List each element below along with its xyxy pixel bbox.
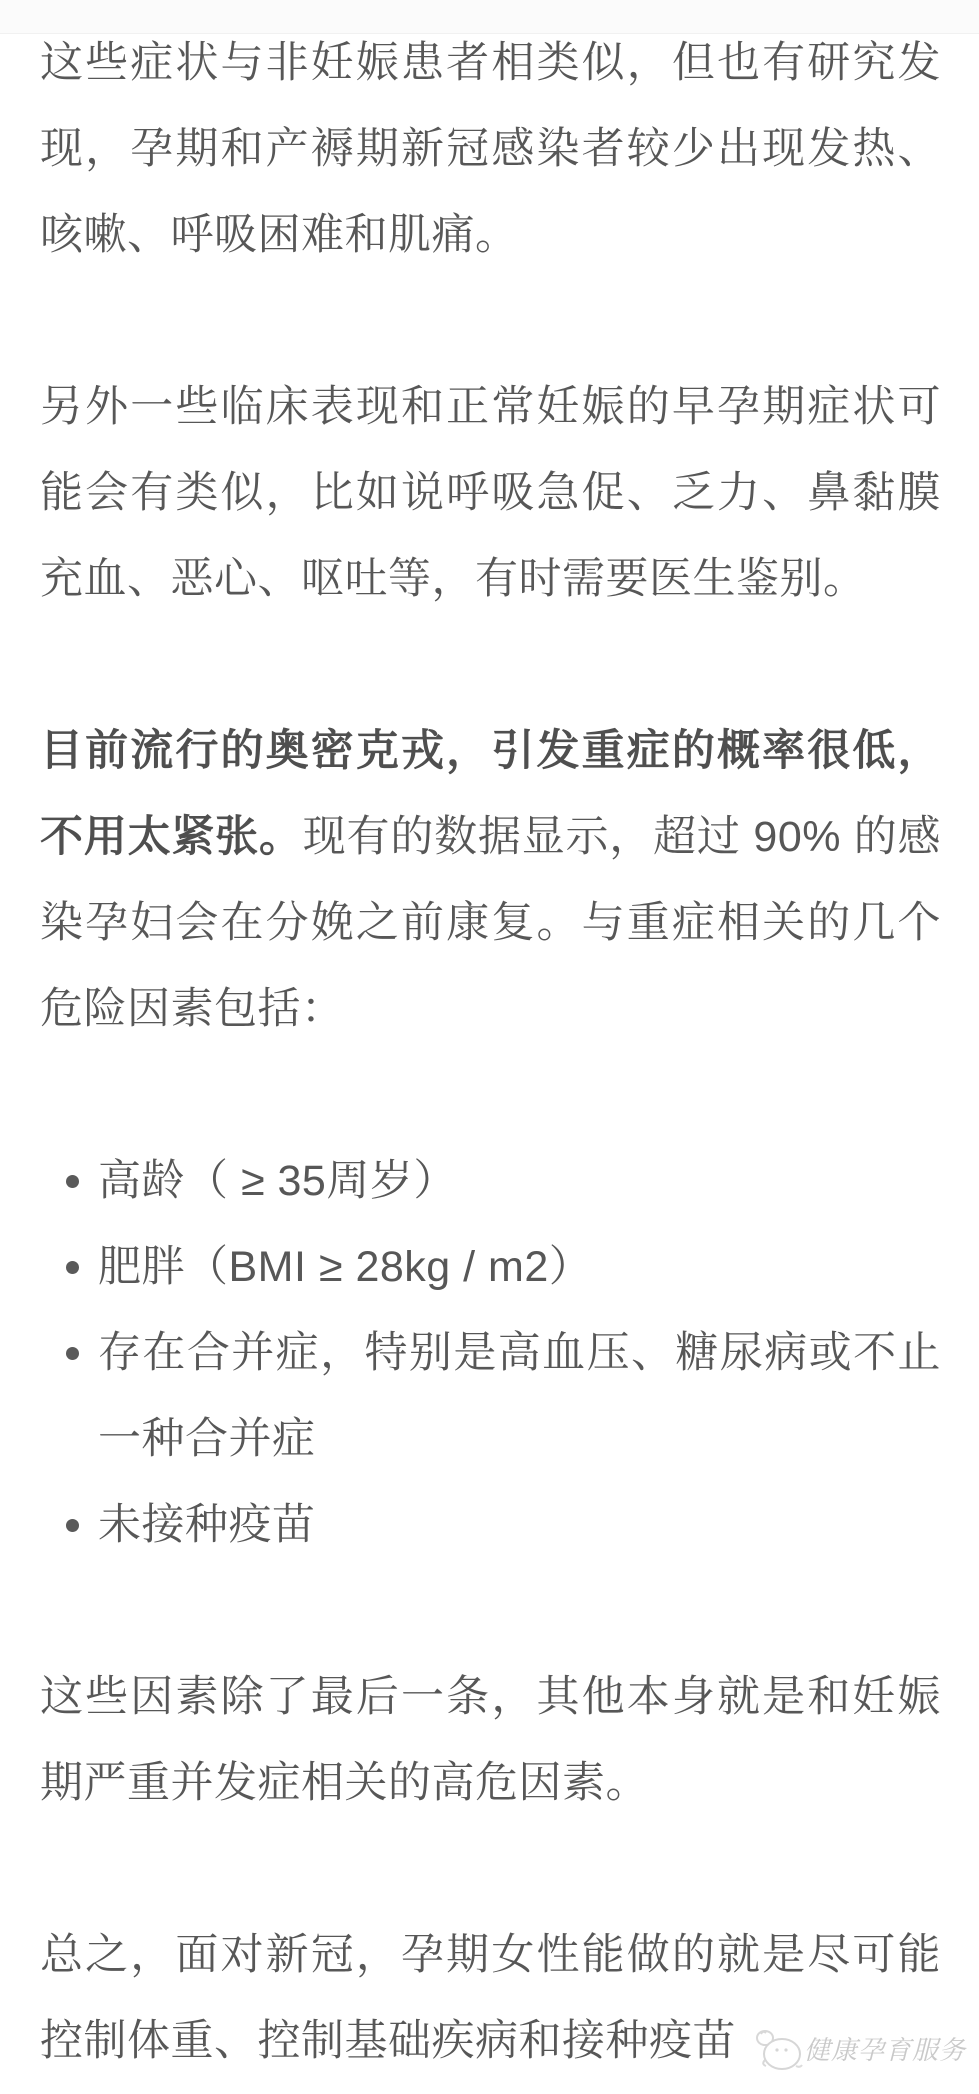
bullet-icon <box>66 1175 79 1188</box>
paragraph-risk-factor-summary: 这些因素除了最后一条，其他本身就是和妊娠期严重并发症相关的高危因素。 <box>40 1654 941 1826</box>
bullet-icon <box>66 1519 79 1532</box>
watermark-label: 健康孕育服务 <box>804 2026 966 2074</box>
bullet-icon <box>66 1261 79 1274</box>
chick-logo-icon <box>752 2026 804 2074</box>
list-item-unvaccinated: 未接种疫苗 <box>40 1482 941 1568</box>
list-item-comorbidity: 存在合并症，特别是高血压、糖尿病或不止一种合并症 <box>40 1310 941 1482</box>
paragraph-early-pregnancy-similarity: 另外一些临床表现和正常妊娠的早孕期症状可能会有类似，比如说呼吸急促、乏力、鼻黏膜… <box>40 364 941 622</box>
watermark: 健康孕育服务 <box>752 2026 966 2074</box>
list-item-bmi: 肥胖（BMI ≥ 28kg / m2） <box>40 1224 941 1310</box>
list-item-label: 高龄（ ≥ 35周岁） <box>98 1157 457 1205</box>
article-page: 这些症状与非妊娠患者相类似，但也有研究发现，孕期和产褥期新冠感染者较少出现发热、… <box>0 0 979 2094</box>
bullet-icon <box>66 1347 79 1360</box>
article-body: 这些症状与非妊娠患者相类似，但也有研究发现，孕期和产褥期新冠感染者较少出现发热、… <box>0 0 979 2084</box>
risk-factor-list: 高龄（ ≥ 35周岁） 肥胖（BMI ≥ 28kg / m2） 存在合并症，特别… <box>40 1138 941 1568</box>
list-item-age: 高龄（ ≥ 35周岁） <box>40 1138 941 1224</box>
list-item-label: 未接种疫苗 <box>98 1501 316 1549</box>
paragraph-omicron-risk: 目前流行的奥密克戎，引发重症的概率很低，不用太紧张。现有的数据显示，超过 90%… <box>40 708 941 1052</box>
list-item-label: 肥胖（BMI ≥ 28kg / m2） <box>98 1243 592 1291</box>
paragraph-symptoms-comparison: 这些症状与非妊娠患者相类似，但也有研究发现，孕期和产褥期新冠感染者较少出现发热、… <box>40 20 941 278</box>
list-item-label: 存在合并症，特别是高血压、糖尿病或不止一种合并症 <box>98 1329 941 1463</box>
